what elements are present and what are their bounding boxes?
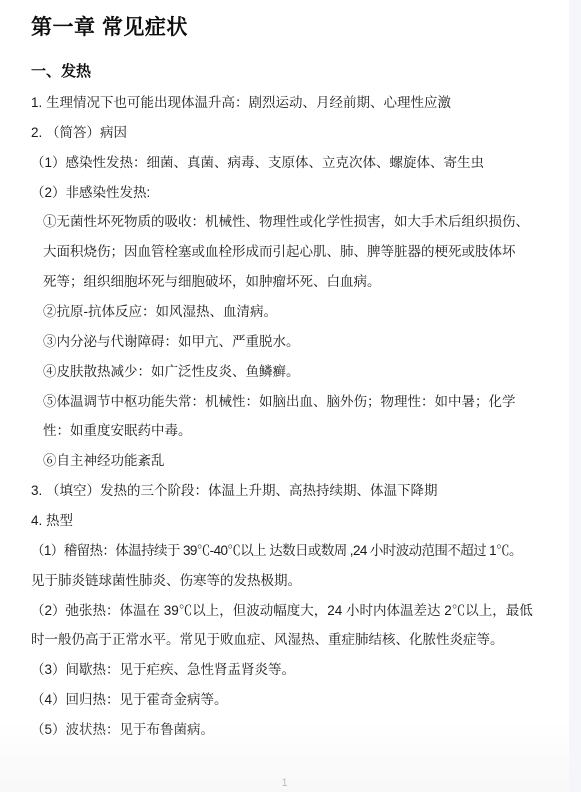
text-line: 性：如重度安眠药中毒。 bbox=[31, 416, 557, 446]
page-title: 第一章 常见症状 bbox=[31, 15, 557, 41]
document-page: 第一章 常见症状 一、发热 1. 生理情况下也可能出现体温升高：剧烈运动、月经前… bbox=[0, 0, 581, 792]
text-line: ④皮肤散热减少：如广泛性皮炎、鱼鳞癣。 bbox=[31, 357, 557, 387]
text-line: 见于肺炎链球菌性肺炎、伤寒等的发热极期。 bbox=[31, 566, 557, 596]
text-line: ⑤体温调节中枢功能失常：机械性：如脑出血、脑外伤；物理性：如中暑；化学 bbox=[31, 387, 557, 417]
text-line: 3. （填空）发热的三个阶段：体温上升期、高热持续期、体温下降期 bbox=[31, 476, 557, 506]
text-line: （2）非感染性发热: bbox=[31, 178, 557, 208]
text-line: ②抗原-抗体反应：如风湿热、血清病。 bbox=[31, 297, 557, 327]
scrollbar-track[interactable] bbox=[569, 0, 581, 792]
page-number: 1 bbox=[0, 777, 569, 789]
text-line: （1）感染性发热：细菌、真菌、病毒、支原体、立克次体、螺旋体、寄生虫 bbox=[31, 148, 557, 178]
document-lines: 1. 生理情况下也可能出现体温升高：剧烈运动、月经前期、心理性应激 2. （简答… bbox=[31, 88, 557, 745]
text-line: （2）弛张热：体温在 39℃以上，但波动幅度大，24 小时内体温差达 2℃以上，… bbox=[31, 596, 557, 626]
text-line: 大面积烧伤；因血管栓塞或血栓形成而引起心肌、肺、脾等脏器的梗死或肢体坏 bbox=[31, 237, 557, 267]
document-content: 第一章 常见症状 一、发热 1. 生理情况下也可能出现体温升高：剧烈运动、月经前… bbox=[31, 0, 557, 745]
text-line: （4）回归热：见于霍奇金病等。 bbox=[31, 685, 557, 715]
text-line: 4. 热型 bbox=[31, 506, 557, 536]
section-heading-fever: 一、发热 bbox=[31, 63, 557, 81]
text-line: （5）波状热：见于布鲁菌病。 bbox=[31, 715, 557, 745]
text-line: ⑥自主神经功能紊乱 bbox=[31, 446, 557, 476]
text-line: （3）间歇热：见于疟疾、急性肾盂肾炎等。 bbox=[31, 655, 557, 685]
text-line: 1. 生理情况下也可能出现体温升高：剧烈运动、月经前期、心理性应激 bbox=[31, 88, 557, 118]
text-line: ③内分泌与代谢障碍：如甲亢、严重脱水。 bbox=[31, 327, 557, 357]
text-line: 死等；组织细胞坏死与细胞破坏，如肿瘤坏死、白血病。 bbox=[31, 267, 557, 297]
text-line: ①无菌性坏死物质的吸收：机械性、物理性或化学性损害，如大手术后组织损伤、 bbox=[31, 207, 557, 237]
text-line: （1）稽留热：体温持续于 39℃-40℃以上 达数日或数周 ,24 小时波动范围… bbox=[31, 536, 557, 566]
text-line: 时一般仍高于正常水平。常见于败血症、风湿热、重症肺结核、化脓性炎症等。 bbox=[31, 625, 557, 655]
text-line: 2. （简答）病因 bbox=[31, 118, 557, 148]
